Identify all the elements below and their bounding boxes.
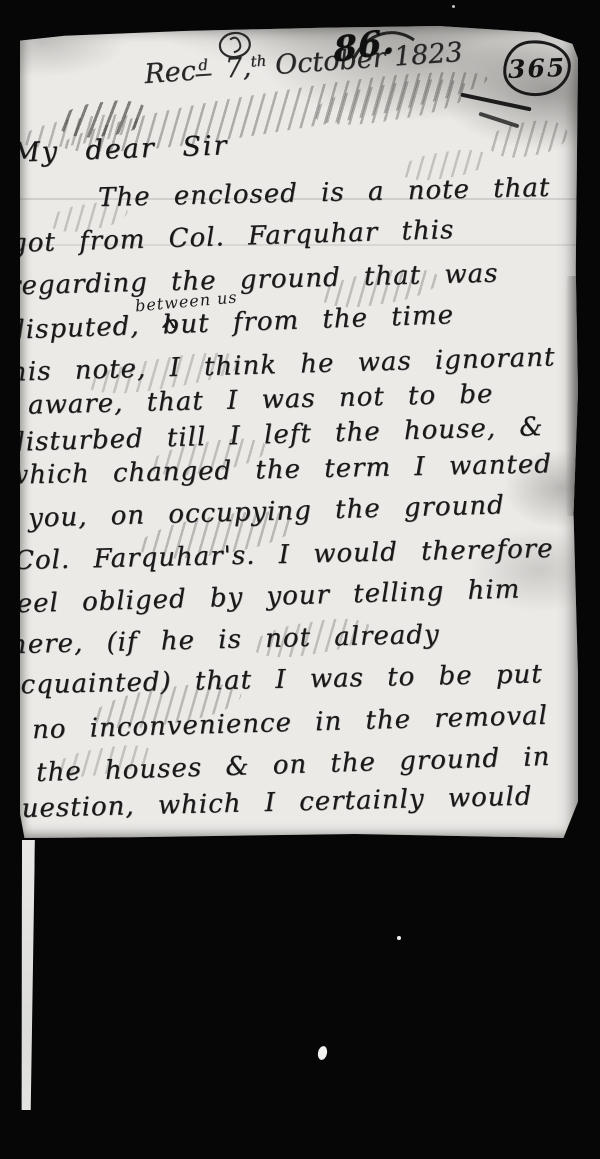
handwritten-line: The enclosed is a note that (98, 173, 551, 213)
handwritten-line: Col. Farquhar's. I would therefore (14, 534, 554, 576)
handwritten-line: aware, that I was not to be (28, 379, 494, 420)
handwritten-line: the houses & on the ground in (36, 742, 551, 788)
letter-body: The enclosed is a note thatgot from Col.… (20, 26, 578, 838)
handwritten-line: acquainted) that I was to be put (4, 659, 543, 700)
letter-page: Recd7,th October 1823 86. 365 My dear Si… (20, 26, 578, 838)
handwritten-line: feel obliged by your telling him (6, 574, 521, 619)
adjacent-page-strip (20, 840, 35, 1110)
handwritten-line: got from Col. Farquhar this (10, 215, 455, 259)
handwritten-line: regarding the ground that was (8, 259, 499, 302)
handwritten-line: no inconvenience in the removal (32, 701, 549, 745)
handwritten-line: you, on occupying the ground (28, 490, 505, 533)
handwritten-line: disputed, but from the time (8, 300, 455, 346)
dust-speck (397, 936, 401, 940)
dust-speck (452, 5, 455, 8)
handwritten-line: question, which I certainly would (4, 782, 533, 825)
dust-speck (317, 1045, 329, 1061)
scan-background: Recd7,th October 1823 86. 365 My dear Si… (0, 0, 600, 1159)
handwritten-line: here, (if he is not already (10, 620, 440, 660)
